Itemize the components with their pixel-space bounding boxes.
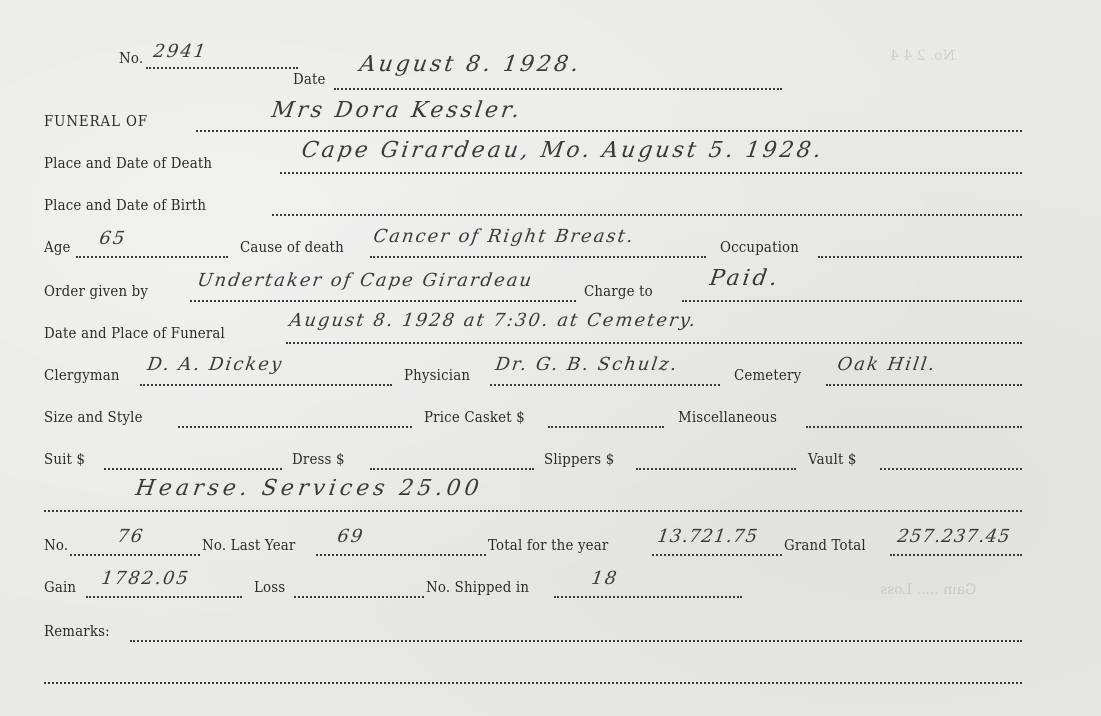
shipped-in-line bbox=[554, 596, 742, 598]
age-line bbox=[76, 256, 228, 258]
death-label: Place and Date of Death bbox=[44, 156, 212, 172]
cemetery-line bbox=[826, 384, 1022, 386]
last-year-line bbox=[316, 554, 486, 556]
order-given-by-line bbox=[190, 300, 576, 302]
physician-line bbox=[490, 384, 720, 386]
last-year-label: No. Last Year bbox=[202, 538, 295, 554]
slippers-line[interactable] bbox=[636, 468, 796, 470]
funeral-of-value[interactable]: Mrs Dora Kessler. bbox=[270, 98, 524, 123]
price-casket-line[interactable] bbox=[548, 426, 664, 428]
size-style-label: Size and Style bbox=[44, 410, 143, 426]
order-given-by-value[interactable]: Undertaker of Cape Girardeau bbox=[196, 270, 535, 291]
funeral-date-line bbox=[286, 342, 1022, 344]
loss-line[interactable] bbox=[294, 596, 424, 598]
physician-value[interactable]: Dr. G. B. Schulz. bbox=[494, 354, 680, 375]
price-casket-label: Price Casket $ bbox=[424, 410, 525, 426]
physician-label: Physician bbox=[404, 368, 470, 384]
funeral-date-label: Date and Place of Funeral bbox=[44, 326, 225, 342]
grand-total-label: Grand Total bbox=[784, 538, 866, 554]
suit-label: Suit $ bbox=[44, 452, 85, 468]
charge-to-line bbox=[682, 300, 1022, 302]
bleed-through-mark: No. 2 4 4 bbox=[890, 48, 955, 64]
count-no-value[interactable]: 76 bbox=[116, 526, 146, 547]
count-no-line bbox=[70, 554, 200, 556]
loss-label: Loss bbox=[254, 580, 285, 596]
vault-label: Vault $ bbox=[808, 452, 857, 468]
birth-label: Place and Date of Birth bbox=[44, 198, 206, 214]
charge-to-value[interactable]: Paid. bbox=[708, 266, 782, 291]
date-value[interactable]: August 8. 1928. bbox=[358, 52, 583, 77]
cause-value[interactable]: Cancer of Right Breast. bbox=[372, 226, 636, 247]
death-value[interactable]: Cape Girardeau, Mo. August 5. 1928. bbox=[300, 138, 825, 163]
cemetery-value[interactable]: Oak Hill. bbox=[836, 354, 938, 375]
total-year-line bbox=[652, 554, 782, 556]
birth-line[interactable] bbox=[272, 214, 1022, 216]
clergyman-label: Clergyman bbox=[44, 368, 120, 384]
gain-line bbox=[86, 596, 242, 598]
occupation-label: Occupation bbox=[720, 240, 799, 256]
number-value[interactable]: 2941 bbox=[152, 41, 209, 62]
cemetery-label: Cemetery bbox=[734, 368, 801, 384]
date-line bbox=[334, 88, 782, 90]
age-value[interactable]: 65 bbox=[98, 228, 128, 249]
miscellaneous-label: Miscellaneous bbox=[678, 410, 777, 426]
shipped-in-label: No. Shipped in bbox=[426, 580, 529, 596]
clergyman-line bbox=[140, 384, 392, 386]
occupation-line[interactable] bbox=[818, 256, 1022, 258]
funeral-date-value[interactable]: August 8. 1928 at 7:30. at Cemetery. bbox=[288, 310, 699, 331]
bleed-through-mark: Gain ..... Loss bbox=[880, 582, 976, 598]
grand-total-value[interactable]: 257.237.45 bbox=[896, 526, 1012, 547]
slippers-label: Slippers $ bbox=[544, 452, 614, 468]
age-label: Age bbox=[44, 240, 71, 256]
gain-label: Gain bbox=[44, 580, 76, 596]
cause-label: Cause of death bbox=[240, 240, 344, 256]
grand-total-line bbox=[890, 554, 1022, 556]
number-label: No. bbox=[119, 51, 143, 67]
extra-value[interactable]: Hearse. Services 25.00 bbox=[134, 476, 484, 501]
order-given-by-label: Order given by bbox=[44, 284, 148, 300]
total-year-value[interactable]: 13.721.75 bbox=[656, 526, 760, 547]
death-line bbox=[280, 172, 1022, 174]
date-label: Date bbox=[293, 72, 326, 88]
charge-to-label: Charge to bbox=[584, 284, 653, 300]
remarks-line-2[interactable] bbox=[44, 682, 1022, 684]
count-no-label: No. bbox=[44, 538, 68, 554]
remarks-label: Remarks: bbox=[44, 624, 110, 640]
vault-line[interactable] bbox=[880, 468, 1022, 470]
extra-line bbox=[44, 510, 1022, 512]
cause-line bbox=[370, 256, 706, 258]
funeral-of-label: FUNERAL OF bbox=[44, 114, 148, 130]
shipped-in-value[interactable]: 18 bbox=[590, 568, 620, 589]
dress-label: Dress $ bbox=[292, 452, 345, 468]
miscellaneous-line[interactable] bbox=[806, 426, 1022, 428]
gain-value[interactable]: 1782.05 bbox=[100, 568, 191, 589]
remarks-line-1[interactable] bbox=[130, 640, 1022, 642]
last-year-value[interactable]: 69 bbox=[336, 526, 366, 547]
number-line bbox=[146, 67, 298, 69]
total-year-label: Total for the year bbox=[488, 538, 608, 554]
dress-line[interactable] bbox=[370, 468, 534, 470]
funeral-of-line bbox=[196, 130, 1022, 132]
suit-line[interactable] bbox=[104, 468, 282, 470]
clergyman-value[interactable]: D. A. Dickey bbox=[146, 354, 285, 375]
size-style-line[interactable] bbox=[178, 426, 412, 428]
